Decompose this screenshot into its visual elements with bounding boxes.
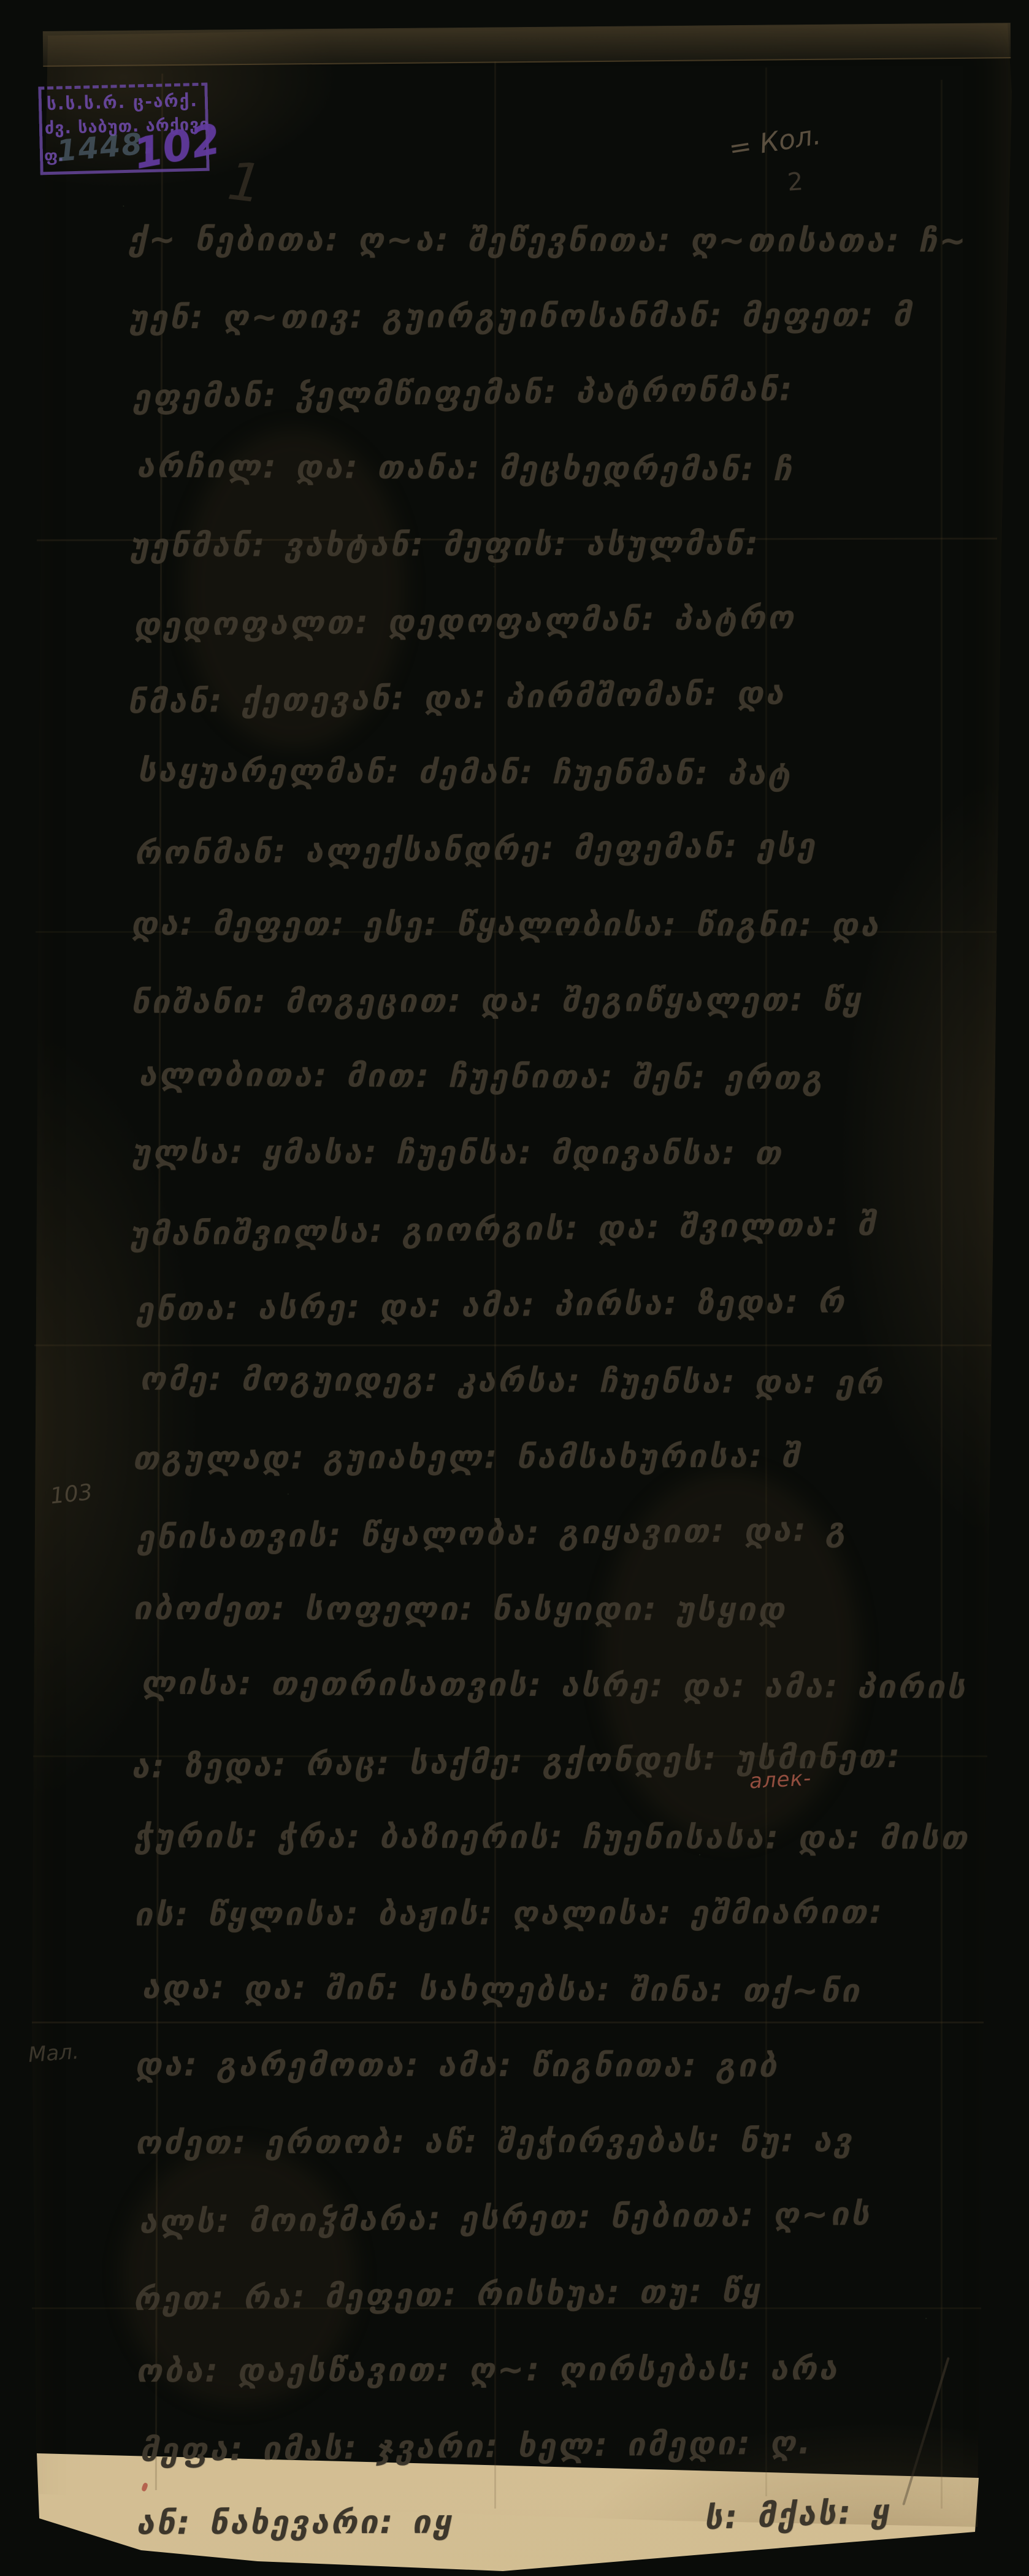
text-line: ქ~ ნებითა: ღ~ა: შეწევნითა: ღ~თისათა: ჩ~ (128, 202, 944, 279)
text-line: ულსა: ყმასა: ჩუენსა: მდივანსა: თ (132, 1114, 947, 1192)
text-line: ენისათვის: წყალობა: გიყავით: და: გ (136, 1490, 952, 1576)
text-line: რეთ: რა: მეფეთ: რისხუა: თუ: წყ (132, 2250, 949, 2338)
signature-fragment: ს: მქას: ყ (702, 2474, 892, 2557)
pencil-note-margin: Мал. (28, 2039, 80, 2068)
text-line: დედოფალთ: დედოფალმან: პატრო (133, 578, 949, 663)
text-line: ჭურის: ჭრა: ბაზიერის: ჩუენისასა: და: მის… (134, 1799, 949, 1876)
pencil-mark: 2 (786, 167, 804, 197)
text-line: უენ: ღ~თივ: გუირგუინოსანმან: მეფეთ: მ (129, 277, 944, 356)
text-line: ნიშანი: მოგეცით: და: შეგიწყალეთ: წყ (131, 962, 947, 1041)
text-line: ლისა: თეთრისათვის: ასრე: და: ამა: პირის (140, 1646, 957, 1726)
text-line: ომე: მოგუიდეგ: კარსა: ჩუენსა: და: ერ (140, 1341, 956, 1422)
text-line: და: მეფეთ: ესე: წყალობისა: წიგნი: და (131, 886, 946, 964)
text-line: ობა: დაესწავით: ღ~: ღირსებას: არა (136, 2331, 951, 2410)
text-line: ნმან: ქეთევან: და: პირმშომან: და (127, 653, 944, 741)
final-text-line: ან: ნახევარი: იყ ს: მქას: ყ (136, 2483, 890, 2561)
text-line: საყუარელმან: ძემან: ჩუენმან: პატ (137, 733, 954, 813)
photo-background: ს.ს.ს.რ. ც-არქ. ძვ. საბუთ. არქივი. ფ. 14… (0, 0, 1029, 2576)
text-line: ალობითა: მით: ჩუენითა: შენ: ერთგ (139, 1037, 955, 1117)
text-line: არჩილ: და: თანა: მეცხედრემან: ჩ (136, 429, 952, 509)
stamp-line-1: ს.ს.ს.რ. ც-არქ. (47, 90, 199, 114)
manuscript-text: ქ~ ნებითა: ღ~ა: შეწევნითა: ღ~თისათა: ჩ~ … (128, 201, 952, 2562)
text-line: თგულად: გუიახელ: ნამსახურისა: შ (132, 1418, 948, 1497)
text-line: უენმან: ვახტან: მეფის: ასულმან: (129, 505, 945, 585)
text-line: ა: ზედა: რაც: საქმე: გქონდეს: უსმინეთ: (131, 1718, 947, 1806)
text-line: და: გარემოთა: ამა: წიგნითა: გიბ (135, 2027, 951, 2104)
text-line: იბოძეთ: სოფელი: ნასყიდი: უსყიდ (133, 1571, 949, 1648)
text-line: ის: წყლისა: ბაჟის: ღალისა: ეშმიარით: (134, 1874, 950, 1953)
text-line: რონმან: ალექსანდრე: მეფემან: ესე (134, 806, 950, 891)
pencil-note-margin: 103 (49, 1480, 94, 1509)
text-line: უმანიშვილსა: გიორგის: და: შვილთა: შ (129, 1186, 946, 1273)
text-line: ალს: მოიჴმარა: ესრეთ: ნებითა: ღ~ის (139, 2175, 955, 2260)
final-line-left: ან: ნახევარი: იყ (136, 2485, 453, 2562)
text-line: ეფემან: ჴელმწიფემან: პატრონმან: (132, 350, 949, 435)
text-line: ადა: და: შინ: სახლებსა: შინა: თქ~ნი (142, 1950, 958, 2030)
text-line: ენთა: ასრე: და: ამა: პირსა: ზედა: რ (136, 1262, 952, 1347)
text-line: ოძეთ: ერთობ: აწ: შეჭირვებას: ნუ: ავ (135, 2103, 951, 2182)
